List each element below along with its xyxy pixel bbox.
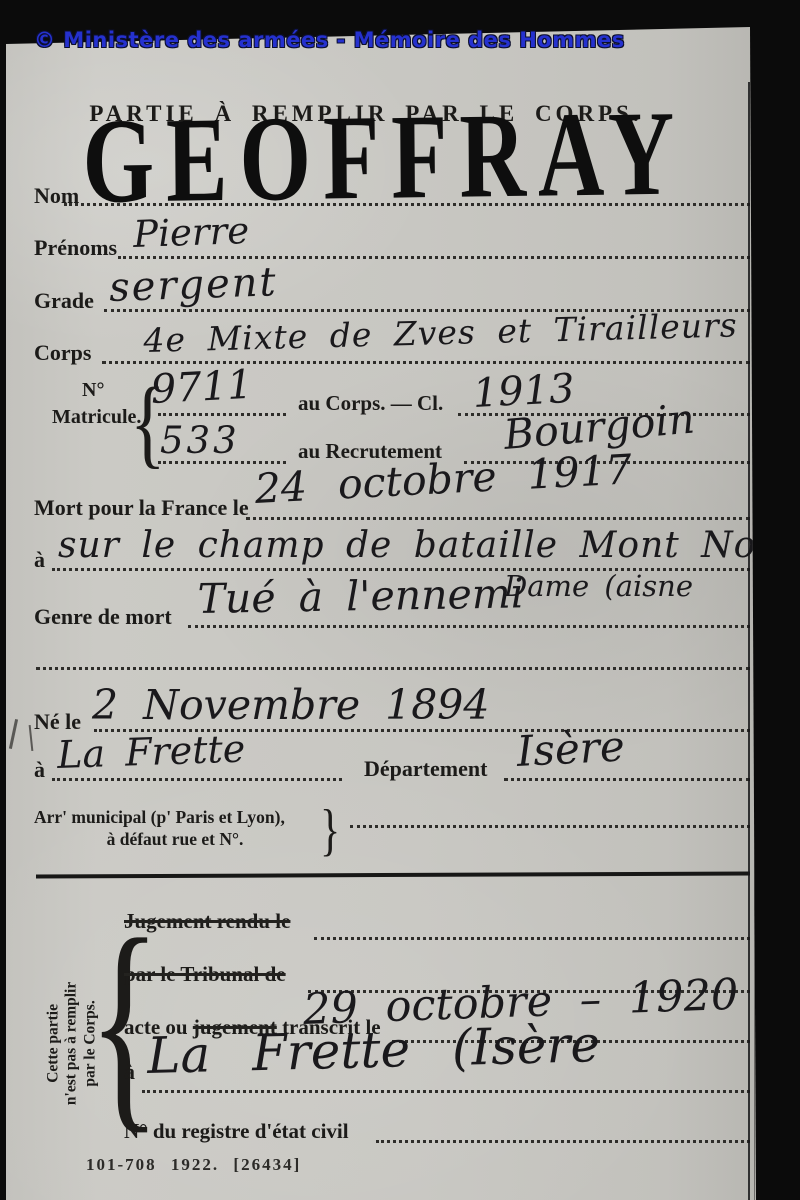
- dotted-line: [246, 517, 750, 520]
- side-note-line: Cette partie: [45, 923, 63, 1163]
- dotted-line: [36, 667, 750, 670]
- dotted-line: [188, 625, 750, 628]
- ne-le-value: 2 Novembre 1894: [92, 681, 489, 729]
- tribunal-label: par le Tribunal de: [124, 962, 286, 987]
- matricule-corps-number: 9711: [150, 362, 254, 413]
- dotted-line: [314, 937, 750, 940]
- lieu-mort-value-overflow: Dame (aisne: [504, 569, 693, 603]
- printer-reference: 101-708 1922. [26434]: [86, 1155, 301, 1175]
- scanned-record-page: PARTIE À REMPLIR PAR LE CORPS. GEOFFRAY …: [0, 0, 800, 1200]
- dotted-line: [118, 256, 750, 259]
- form-border-line: [748, 82, 750, 1200]
- watermark-text: © Ministère des armées - Mémoire des Hom…: [34, 28, 625, 52]
- matricule-recrutement-number: 533: [160, 419, 240, 462]
- grade-label: Grade: [34, 288, 94, 314]
- prenoms-value: Pierre: [132, 209, 249, 256]
- corps-value: 4e Mixte de Zves et Tirailleurs: [143, 305, 738, 360]
- side-note-line: n'est pas à remplir: [63, 923, 81, 1163]
- ne-le-label: Né le: [34, 709, 81, 735]
- lieu-naissance-value: La Frette: [56, 726, 245, 777]
- registre-label: N° du registre d'état civil: [124, 1119, 349, 1144]
- genre-mort-value: Tué à l'ennemi: [197, 569, 524, 623]
- dotted-line: [376, 1140, 750, 1143]
- matricule-label-line2: Matricule.: [52, 406, 141, 429]
- dotted-line: [504, 778, 750, 781]
- scan-artifact-mark: [29, 725, 34, 751]
- corps-label: Corps: [34, 340, 91, 366]
- dotted-line: [64, 203, 750, 206]
- prenoms-label: Prénoms: [34, 235, 117, 261]
- civil-lieu-label: à: [124, 1059, 135, 1085]
- matricule-label-line1: N°: [82, 379, 104, 402]
- arr-label-line1: Arr' municipal (p' Paris et Lyon),: [34, 807, 285, 828]
- lieu-naissance-label: à: [34, 757, 45, 783]
- lieu-mort-value: sur le champ de bataille Mont Notre: [58, 525, 800, 566]
- mort-label: Mort pour la France le: [34, 495, 249, 521]
- section-divider-rule: [36, 871, 750, 878]
- departement-value: Isère: [515, 721, 625, 776]
- arr-label-line2: à défaut rue et N°.: [34, 829, 316, 850]
- civil-lieu-value: La Frette (Isère: [146, 1015, 600, 1085]
- dotted-line: [52, 778, 342, 781]
- lieu-mort-label: à: [34, 547, 45, 573]
- genre-mort-label: Genre de mort: [34, 604, 172, 630]
- departement-label: Département: [364, 756, 487, 782]
- dotted-line: [158, 413, 286, 416]
- document-paper: PARTIE À REMPLIR PAR LE CORPS. GEOFFRAY …: [6, 27, 756, 1200]
- arr-brace: }: [320, 803, 340, 860]
- scan-artifact-mark: [9, 719, 18, 749]
- dotted-line: [142, 1090, 750, 1093]
- dotted-line: [350, 825, 750, 828]
- au-corps-label: au Corps. — Cl.: [298, 391, 443, 416]
- surname-stamp: GEOFFRAY: [82, 83, 687, 231]
- grade-value: sergent: [108, 259, 278, 311]
- paper-edge-line: [754, 327, 755, 1200]
- jugement-label: Jugement rendu le: [124, 909, 290, 934]
